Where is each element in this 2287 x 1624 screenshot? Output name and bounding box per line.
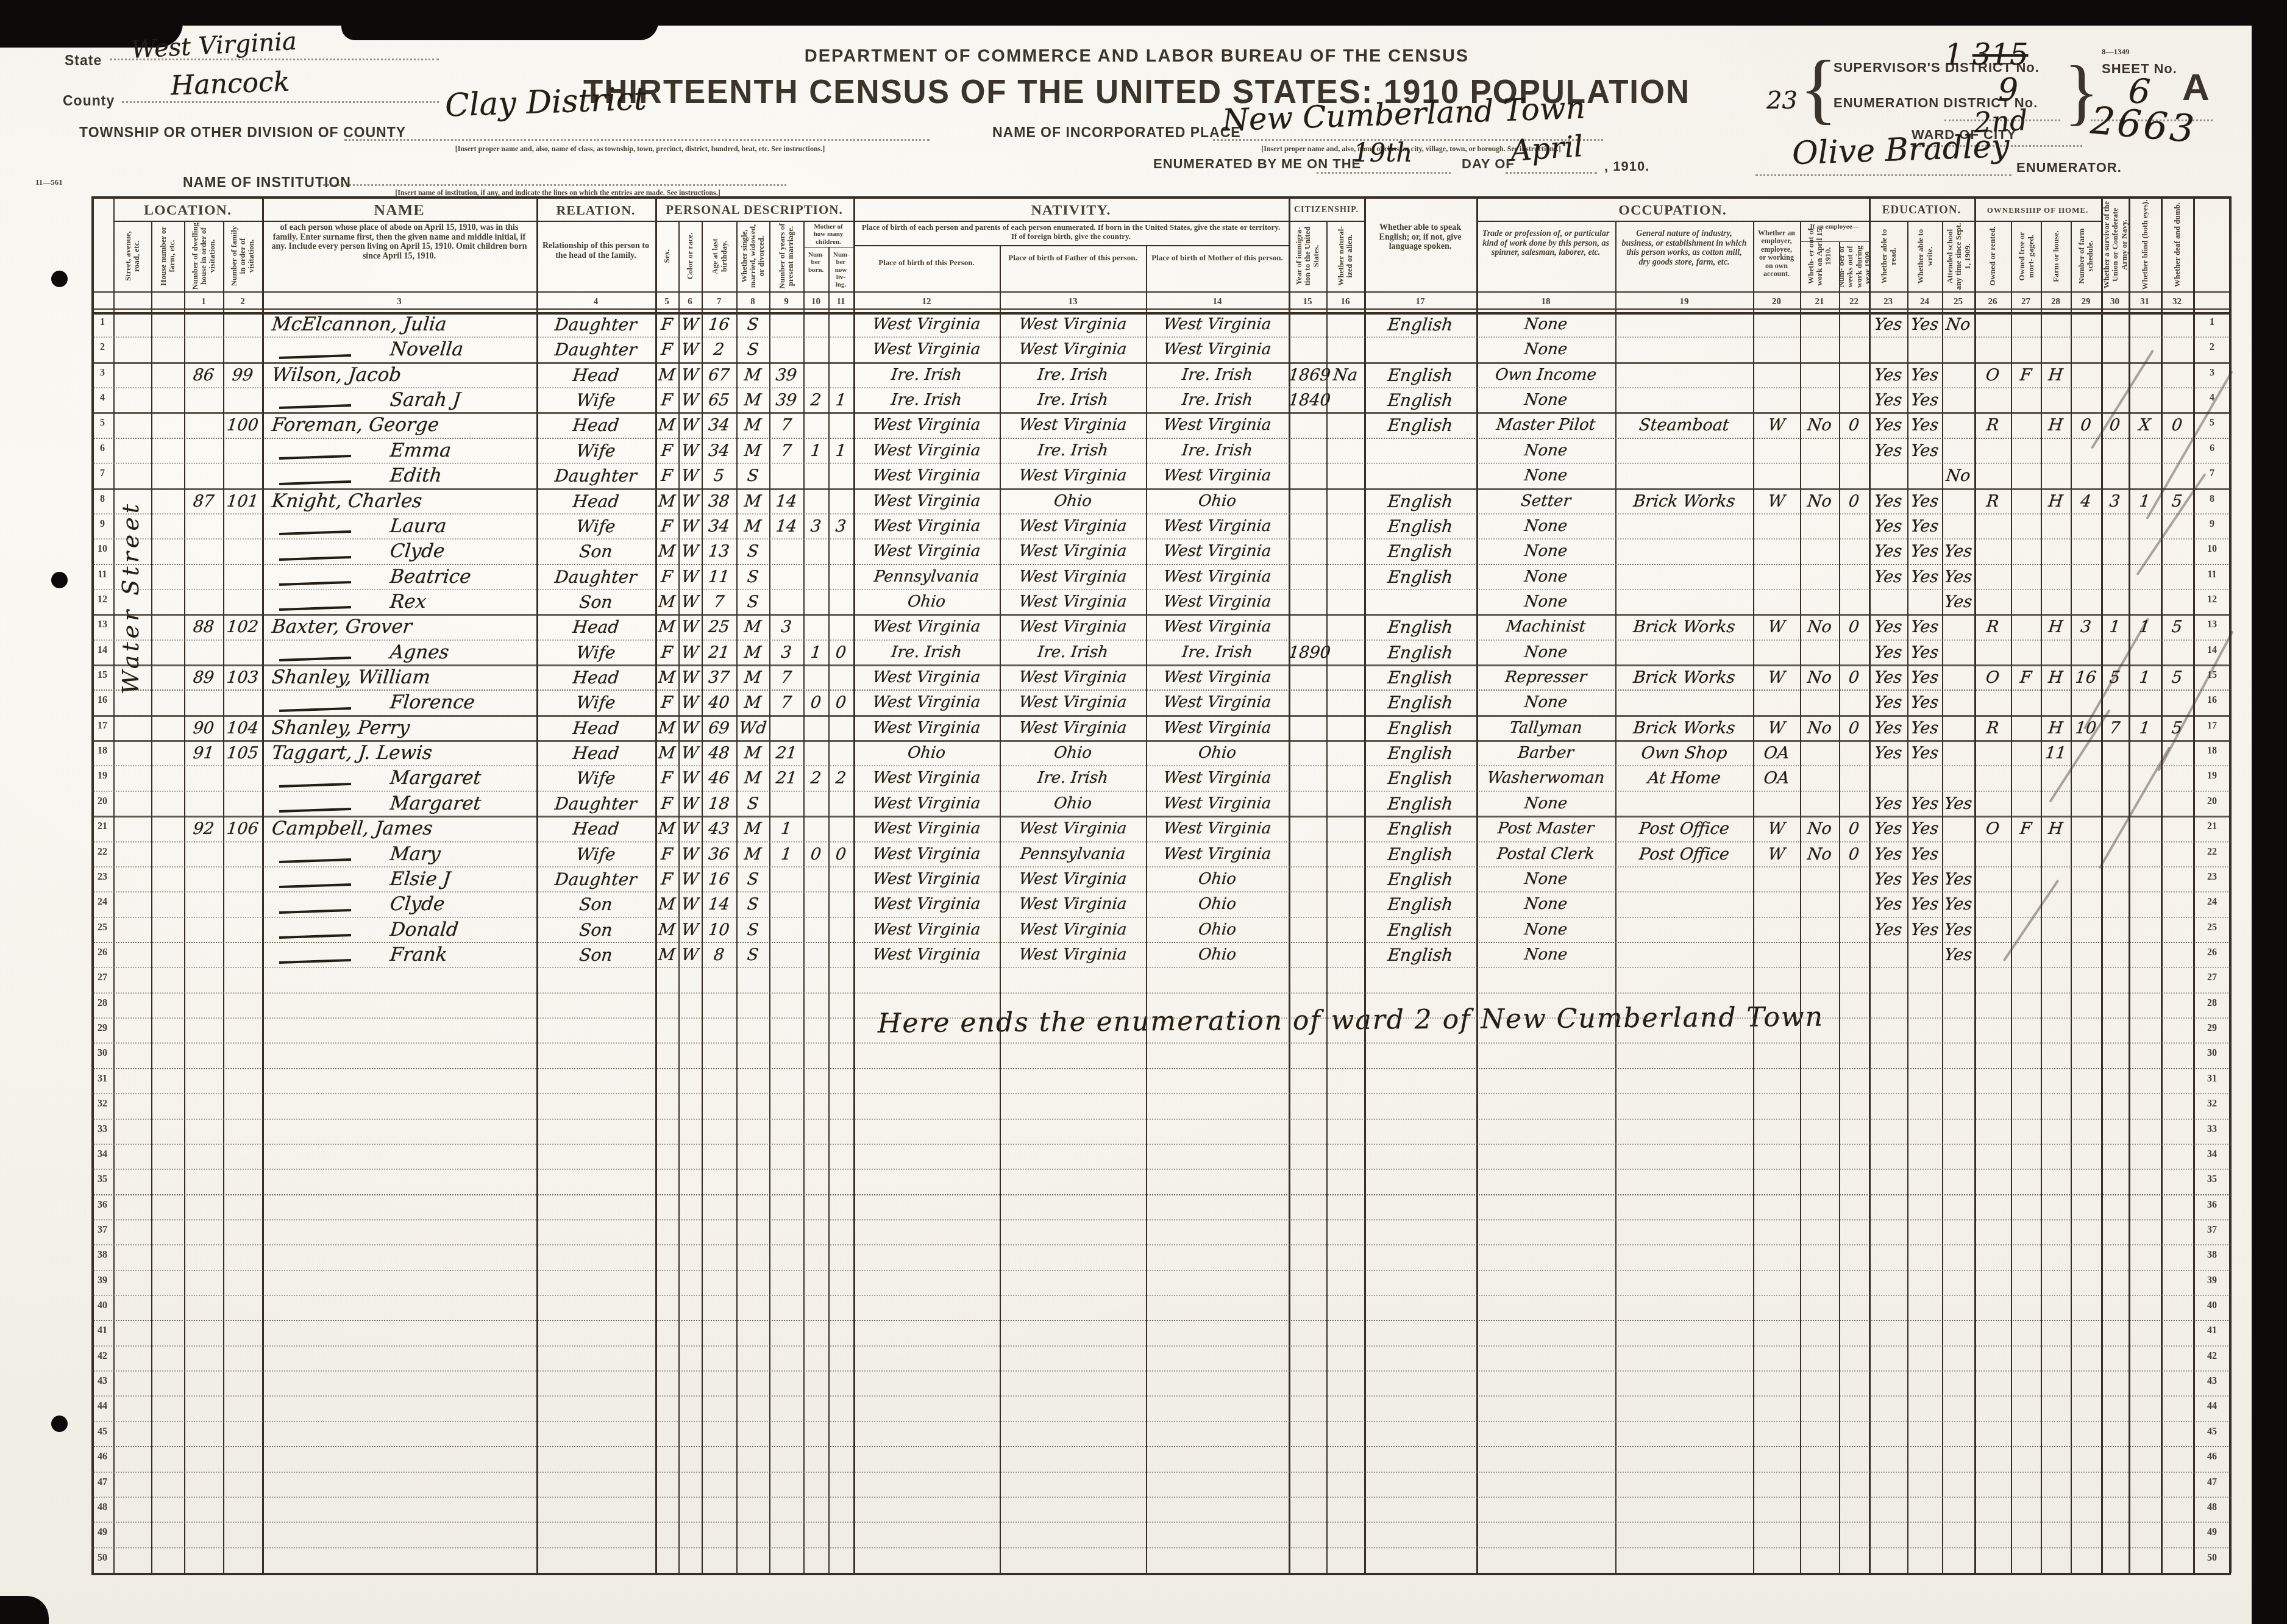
group-header-occupation: OCCUPATION. (1476, 200, 1869, 221)
entry-cls-l13: W (1751, 612, 1801, 642)
group-underline (853, 221, 1289, 222)
colhead-label-free: Owned free or mort- gaged. (2011, 222, 2041, 290)
entry-sex-l26: M (653, 940, 680, 970)
colhead-label-school: Attended school any time since Sept. 1, … (1942, 222, 1974, 290)
entry-yrs-l6: 7 (767, 436, 805, 466)
col-rule-deaf (2161, 196, 2163, 1573)
entry-bpf-l26: West Virginia (998, 940, 1147, 970)
colnum-surv: 30 (2101, 294, 2129, 311)
entry-write-l25: Yes (1905, 915, 1943, 945)
colhead-mar: Whether single, married, widowed, or div… (736, 222, 769, 290)
colnum-fh: 28 (2041, 294, 2071, 311)
line-number-right-44: 44 (2193, 1401, 2231, 1412)
entry-blind-l13: 1 (2127, 612, 2162, 642)
entry-fh-l8: H (2039, 486, 2072, 516)
line-number-left-34: 34 (91, 1149, 113, 1160)
line-number-right-39: 39 (2193, 1275, 2231, 1286)
entry-name-l26: Frank (260, 940, 538, 970)
colhead-write: Whether able to write. (1907, 222, 1942, 290)
line-number-left-13: 13 (91, 619, 113, 630)
entry-cls-l15: W (1751, 663, 1801, 693)
line-number-left-6: 6 (91, 443, 113, 454)
entry-blind-l15: 1 (2127, 663, 2162, 693)
line-number-left-5: 5 (91, 418, 113, 429)
line-number-right-5: 5 (2193, 418, 2231, 429)
entry-bpm-l26: Ohio (1144, 940, 1290, 970)
line-number-left-49: 49 (91, 1527, 113, 1538)
ind-desc: General nature of industry, business, or… (1620, 229, 1748, 283)
colnum-bpm: 14 (1146, 294, 1289, 311)
colhead-label-age: Age at last birthday. (702, 222, 736, 290)
entry-ind-l22: Post Office (1613, 839, 1754, 869)
entry-blind-l17: 1 (2127, 713, 2162, 743)
line-number-left-19: 19 (91, 771, 113, 782)
entry-nat-l3: Na (1325, 360, 1365, 390)
colnum-age: 7 (702, 294, 736, 311)
entry-lang-l26: English (1362, 940, 1478, 970)
born-sub-label: Num- ber born. (808, 251, 823, 289)
colhead-label-blind: Whether blind (both eyes). (2129, 199, 2161, 290)
entry-yrs-l16: 7 (767, 688, 805, 718)
line-number-left-44: 44 (91, 1401, 113, 1412)
entry-fh-l3: H (2039, 360, 2072, 390)
line-number-right-37: 37 (2193, 1225, 2231, 1236)
line-number-right-2: 2 (2193, 342, 2231, 353)
entry-weeks-l17: 0 (1837, 713, 1870, 743)
colnum-read: 23 (1869, 294, 1907, 311)
entry-living-l19: 2 (827, 763, 855, 793)
table-num-rule (91, 291, 2231, 293)
group-header-location: LOCATION. (113, 200, 262, 221)
row-line-37 (91, 1244, 2231, 1245)
col-rule-own (1974, 196, 1976, 1573)
colnum-own: 26 (1974, 294, 2011, 311)
entry-fh-l13: H (2039, 612, 2072, 642)
group-header-ownershipofhome: OWNERSHIP OF HOME. (1974, 200, 2101, 221)
census-scan-page: State West Virginia County Hancock DEPAR… (0, 0, 2287, 1624)
colnum-name: 3 (262, 294, 536, 311)
entry-family-l21: 106 (221, 814, 263, 844)
entry-family-l3: 99 (221, 360, 263, 390)
line-number-left-26: 26 (91, 947, 113, 958)
entry-out-l15: No (1798, 663, 1840, 693)
entry-weeks-l15: 0 (1837, 663, 1870, 693)
colhead-yrs: Number of years of present marriage. (769, 222, 803, 290)
line-number-right-34: 34 (2193, 1149, 2231, 1160)
entry-fh-l5: H (2039, 410, 2072, 440)
entry-deaf-l13: 5 (2159, 612, 2194, 642)
line-number-left-24: 24 (91, 897, 113, 908)
colnum-living: 11 (828, 294, 853, 311)
entry-weeks-l13: 0 (1837, 612, 1870, 642)
colhead-deaf: Whether deaf and dumb. (2161, 199, 2193, 290)
line-number-right-17: 17 (2193, 721, 2231, 732)
entry-ind-l13: Brick Works (1613, 612, 1754, 642)
line-number-right-26: 26 (2193, 947, 2231, 958)
entry-family-l18: 105 (221, 738, 263, 768)
group-header-education: EDUCATION. (1869, 200, 1974, 221)
census-table: LOCATION.NAMERELATION.PERSONAL DESCRIPTI… (0, 0, 2287, 1624)
entry-lang-l11: English (1362, 562, 1478, 592)
entry-age-l26: 8 (700, 940, 738, 970)
colnum-occ: 18 (1476, 294, 1615, 311)
line-number-left-33: 33 (91, 1124, 113, 1135)
nativity-desc-rule (853, 245, 1289, 246)
colnum-dwell: 1 (184, 294, 223, 311)
line-number-right-25: 25 (2193, 922, 2231, 933)
colnum-yrs: 9 (769, 294, 803, 311)
entry-cls-l19: OA (1751, 763, 1801, 793)
group-underline (262, 221, 536, 222)
line-number-left-41: 41 (91, 1325, 113, 1336)
line-number-right-38: 38 (2193, 1250, 2231, 1261)
colhead-age: Age at last birthday. (702, 222, 736, 290)
entry-out-l5: No (1798, 410, 1840, 440)
row-line-41 (91, 1345, 2231, 1347)
colhead-street: Street, avenue, road, etc. (113, 222, 151, 290)
colhead-read: Whether able to read. (1869, 222, 1907, 290)
colhead-label-sched: Number of farm schedule. (2071, 222, 2101, 290)
group-header-personaldescription: PERSONAL DESCRIPTION. (655, 200, 853, 221)
name-desc: of each person whose place of abode on A… (267, 223, 532, 289)
entry-write-l1: Yes (1905, 310, 1943, 340)
col-rule-weeks (1839, 241, 1840, 1573)
row-line-39 (91, 1295, 2231, 1296)
colnum-mar: 8 (736, 294, 769, 311)
entry-ind-l15: Brick Works (1613, 663, 1754, 693)
line-number-left-38: 38 (91, 1250, 113, 1261)
colnum-color: 6 (678, 294, 702, 311)
line-number-left-47: 47 (91, 1477, 113, 1488)
entry-sched-l13: 3 (2069, 612, 2102, 642)
entry-family-l5: 100 (221, 410, 263, 440)
entry-own-l5: R (1972, 410, 2012, 440)
colhead-fh: Farm or house. (2041, 222, 2071, 290)
colhead-label-surv: Whether a survivor of the Union or Confe… (2101, 199, 2129, 290)
line-number-left-31: 31 (91, 1074, 113, 1084)
line-number-left-45: 45 (91, 1426, 113, 1437)
line-number-right-7: 7 (2193, 468, 2231, 479)
entry-free-l3: F (2009, 360, 2042, 390)
bpf-sub-label: Place of birth of Father of this person. (1005, 254, 1141, 289)
entry-living-l6: 1 (827, 436, 855, 466)
row-line-44 (91, 1421, 2231, 1422)
entry-deaf-l17: 5 (2159, 713, 2194, 743)
entry-born-l19: 2 (802, 763, 830, 793)
line-number-right-6: 6 (2193, 443, 2231, 454)
line-number-left-15: 15 (91, 670, 113, 681)
table-bottom-rule (91, 1573, 2231, 1575)
line-number-left-28: 28 (91, 998, 113, 1009)
entry-read-l1: Yes (1867, 310, 1908, 340)
colhead-label-dwell: Number of dwelling house in order of vis… (184, 222, 223, 290)
entry-own-l17: R (1972, 713, 2012, 743)
colhead-label-sex: Sex. (655, 222, 678, 290)
line-number-left-22: 22 (91, 847, 113, 858)
entry-fh-l15: H (2039, 663, 2072, 693)
entry-family-l15: 103 (221, 663, 263, 693)
line-number-left-30: 30 (91, 1048, 113, 1059)
colhead-color: Color or race. (678, 222, 702, 290)
line-number-right-48: 48 (2193, 1502, 2231, 1513)
colnum-deaf: 32 (2161, 294, 2193, 311)
colhead-family: Number of family in order of visitation. (223, 222, 262, 290)
entry-own-l8: R (1972, 486, 2012, 516)
entry-deaf-l8: 5 (2159, 486, 2194, 516)
line-number-right-46: 46 (2193, 1451, 2231, 1462)
row-line-47 (91, 1497, 2231, 1498)
colnum-out: 21 (1800, 294, 1839, 311)
entry-read-l6: Yes (1867, 436, 1908, 466)
line-number-left-42: 42 (91, 1351, 113, 1362)
row-line-35 (91, 1194, 2231, 1195)
line-number-right-20: 20 (2193, 796, 2231, 807)
line-number-right-41: 41 (2193, 1325, 2231, 1336)
entry-sched-l15: 16 (2069, 663, 2102, 693)
line-number-right-18: 18 (2193, 746, 2231, 757)
colnum-weeks: 22 (1839, 294, 1869, 311)
line-number-right-45: 45 (2193, 1426, 2231, 1437)
colhead-label-family: Number of family in order of visitation. (223, 222, 262, 290)
line-number-right-14: 14 (2193, 645, 2231, 656)
colnum-sex: 5 (655, 294, 678, 311)
occ-desc: Trade or profession of, or particular ki… (1481, 229, 1610, 283)
colhead-label-write: Whether able to write. (1907, 222, 1942, 290)
colhead-blind: Whether blind (both eyes). (2129, 199, 2161, 290)
line-number-left-43: 43 (91, 1376, 113, 1387)
entry-dwell-l13: 88 (182, 612, 224, 642)
entry-living-l22: 0 (827, 839, 855, 869)
entry-read-l11: Yes (1867, 562, 1908, 592)
line-number-left-2: 2 (91, 342, 113, 353)
line-number-left-21: 21 (91, 821, 113, 832)
line-number-right-24: 24 (2193, 897, 2231, 908)
colhead-imm: Year of immigra- tion to the United Stat… (1289, 222, 1326, 290)
line-number-right-22: 22 (2193, 847, 2231, 858)
row-line-43 (91, 1395, 2231, 1397)
line-number-left-10: 10 (91, 544, 113, 555)
entry-surv-l8: 3 (2099, 486, 2130, 516)
line-number-right-30: 30 (2193, 1048, 2231, 1059)
entry-weeks-l22: 0 (1837, 839, 1870, 869)
line-number-left-16: 16 (91, 695, 113, 706)
line-number-right-32: 32 (2193, 1099, 2231, 1109)
entry-yrs-l19: 21 (767, 763, 805, 793)
row-line-38 (91, 1270, 2231, 1271)
row-line-48 (91, 1522, 2231, 1523)
entry-lang-l1: English (1362, 310, 1478, 340)
colhead-sched: Number of farm schedule. (2071, 222, 2101, 290)
line-number-right-43: 43 (2193, 1376, 2231, 1387)
line-number-right-47: 47 (2193, 1477, 2231, 1488)
row-line-31 (91, 1093, 2231, 1094)
employee-rule (1800, 241, 1869, 242)
line-number-left-50: 50 (91, 1553, 113, 1564)
row-line-30 (91, 1068, 2231, 1069)
line-number-left-12: 12 (91, 594, 113, 605)
line-number-right-10: 10 (2193, 544, 2231, 555)
entry-school-l20: Yes (1940, 789, 1976, 819)
colhead-label-own: Owned or rented. (1974, 222, 2011, 290)
entry-surv-l13: 1 (2099, 612, 2130, 642)
entry-born-l14: 1 (802, 638, 830, 668)
entry-fh-l21: H (2039, 814, 2072, 844)
line-number-left-7: 7 (91, 468, 113, 479)
line-number-left-20: 20 (91, 796, 113, 807)
line-number-left-25: 25 (91, 922, 113, 933)
colnum-imm: 15 (1289, 294, 1326, 311)
colhead-label-color: Color or race. (678, 222, 702, 290)
living-sub-label: Num- ber now liv- ing. (833, 251, 848, 289)
entry-own-l3: O (1972, 360, 2012, 390)
line-number-right-12: 12 (2193, 594, 2231, 605)
line-number-left-32: 32 (91, 1099, 113, 1109)
colhead-label-house: House number or farm, etc. (151, 222, 184, 290)
entry-occ-l26: None (1474, 940, 1617, 970)
line-number-right-21: 21 (2193, 821, 2231, 832)
entry-cls-l5: W (1751, 410, 1801, 440)
entry-color-l26: W (677, 940, 703, 970)
line-number-right-42: 42 (2193, 1351, 2231, 1362)
bpm-sub-label: Place of birth of Mother of this person. (1151, 254, 1284, 289)
group-header-relation: RELATION. (536, 200, 655, 221)
colhead-own: Owned or rented. (1974, 222, 2011, 290)
entry-out-l8: No (1798, 486, 1840, 516)
entry-own-l21: O (1972, 814, 2012, 844)
col-rule-blind (2129, 196, 2130, 1573)
colnum-blind: 31 (2129, 294, 2161, 311)
mother-rule (803, 247, 853, 248)
line-number-left-35: 35 (91, 1174, 113, 1185)
entry-weeks-l5: 0 (1837, 410, 1870, 440)
entry-surv-l15: 5 (2099, 663, 2130, 693)
row-line-45 (91, 1446, 2231, 1447)
colnum-lang: 17 (1364, 294, 1476, 311)
line-number-right-15: 15 (2193, 670, 2231, 681)
entry-own-l15: O (1972, 663, 2012, 693)
colhead-nat: Whether natural- ized or alien. (1326, 222, 1364, 290)
colnum-bpf: 13 (1000, 294, 1146, 311)
line-number-right-40: 40 (2193, 1300, 2231, 1311)
entry-rel-l26: Son (535, 940, 656, 970)
line-number-left-14: 14 (91, 645, 113, 656)
colhead-label-deaf: Whether deaf and dumb. (2161, 199, 2193, 290)
entry-living-l4: 1 (827, 385, 855, 415)
entry-yrs-l9: 14 (767, 511, 805, 541)
line-number-left-29: 29 (91, 1023, 113, 1034)
line-number-left-48: 48 (91, 1502, 113, 1513)
entry-cls-l8: W (1751, 486, 1801, 516)
entry-born-l22: 0 (802, 839, 830, 869)
colhead-weeks: Num- ber of weeks out of work during yea… (1839, 243, 1869, 290)
mother-label: Mother of how many children. (808, 223, 848, 244)
line-number-right-11: 11 (2193, 569, 2231, 580)
entry-born-l6: 1 (802, 436, 830, 466)
nativity-desc: Place of birth of each person and parent… (858, 223, 1284, 243)
colhead-free: Owned free or mort- gaged. (2011, 222, 2041, 290)
colnum-family: 2 (223, 294, 262, 311)
entry-school-l1: No (1940, 310, 1976, 340)
col-rule-surv (2101, 196, 2103, 1573)
entry-born-l4: 2 (802, 385, 830, 415)
entry-dwell-l18: 91 (182, 738, 224, 768)
entry-read-l18: Yes (1867, 738, 1908, 768)
line-number-right-3: 3 (2193, 368, 2231, 379)
entry-living-l14: 0 (827, 638, 855, 668)
line-number-left-46: 46 (91, 1451, 113, 1462)
line-number-left-11: 11 (91, 569, 113, 580)
colhead-house: House number or farm, etc. (151, 222, 184, 290)
line-number-left-1: 1 (91, 317, 113, 328)
colhead-school: Attended school any time since Sept. 1, … (1942, 222, 1974, 290)
line-number-left-3: 3 (91, 368, 113, 379)
entry-ind-l8: Brick Works (1613, 486, 1754, 516)
entry-weeks-l8: 0 (1837, 486, 1870, 516)
entry-sched-l17: 10 (2069, 713, 2102, 743)
colhead-label-read: Whether able to read. (1869, 222, 1907, 290)
colhead-surv: Whether a survivor of the Union or Confe… (2101, 199, 2129, 290)
table-top-rule (91, 196, 2231, 199)
line-number-right-33: 33 (2193, 1124, 2231, 1135)
entry-read-l25: Yes (1867, 915, 1908, 945)
line-number-left-9: 9 (91, 519, 113, 530)
row-line-33 (91, 1144, 2231, 1145)
colhead-label-street: Street, avenue, road, etc. (113, 222, 151, 290)
colhead-label-mar: Whether single, married, widowed, or div… (736, 222, 769, 290)
colhead-label-nat: Whether natural- ized or alien. (1326, 222, 1364, 290)
entry-out-l17: No (1798, 713, 1840, 743)
entry-free-l15: F (2009, 663, 2042, 693)
row-line-29 (91, 1042, 2231, 1044)
lineno-left-rule (113, 196, 115, 1573)
line-number-left-37: 37 (91, 1225, 113, 1236)
entry-born-l16: 0 (802, 688, 830, 718)
lang-desc: Whether able to speak English; or, if no… (1369, 223, 1471, 265)
entry-born-l9: 3 (802, 511, 830, 541)
line-number-left-36: 36 (91, 1200, 113, 1211)
entry-school-l26: Yes (1940, 940, 1976, 970)
entry-out-l22: No (1798, 839, 1840, 869)
colnum-ind: 19 (1615, 294, 1753, 311)
line-number-left-8: 8 (91, 494, 113, 505)
entry-ind-l5: Steamboat (1613, 410, 1754, 440)
line-number-right-8: 8 (2193, 494, 2231, 505)
entry-surv-l17: 7 (2099, 713, 2130, 743)
entry-dwell-l3: 86 (182, 360, 224, 390)
colhead-sex: Sex. (655, 222, 678, 290)
entry-family-l13: 102 (221, 612, 263, 642)
entry-write-l18: Yes (1905, 738, 1943, 768)
entry-write-l11: Yes (1905, 562, 1943, 592)
row-line-32 (91, 1119, 2231, 1120)
line-number-right-28: 28 (2193, 998, 2231, 1009)
colhead-label-weeks: Num- ber of weeks out of work during yea… (1839, 243, 1869, 290)
line-number-right-19: 19 (2193, 771, 2231, 782)
colnum-born: 10 (803, 294, 828, 311)
line-number-left-27: 27 (91, 972, 113, 983)
line-number-right-50: 50 (2193, 1553, 2231, 1564)
line-number-left-4: 4 (91, 393, 113, 404)
line-number-right-4: 4 (2193, 393, 2231, 404)
line-number-right-49: 49 (2193, 1527, 2231, 1538)
row-line-40 (91, 1320, 2231, 1321)
colnum-bp: 12 (853, 294, 1000, 311)
line-number-left-18: 18 (91, 746, 113, 757)
entry-blind-l5: X (2127, 410, 2162, 440)
entry-yrs-l22: 1 (767, 839, 805, 869)
employee-label: If an employee— (1805, 223, 1864, 239)
colnum-school: 25 (1942, 294, 1974, 311)
